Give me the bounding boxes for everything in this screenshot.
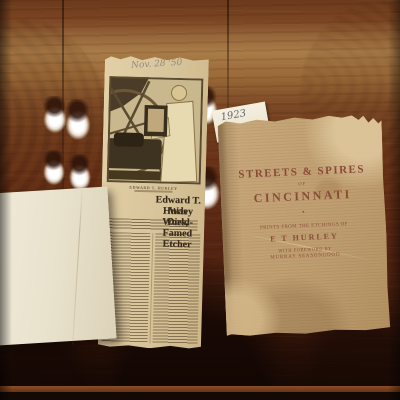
- book-title-block: STREETS & SPIRES OF CINCINNATI • PRINTS …: [233, 163, 375, 262]
- clipping-lead-paragraph: [107, 218, 197, 231]
- clipping-caption-credit-line: [135, 190, 172, 193]
- blank-envelope: [0, 186, 117, 345]
- book-title-line-3: CINCINNATI: [234, 186, 372, 207]
- book-title-separator: •: [234, 205, 372, 219]
- photo-scene: 1923 Nov. 28 '50 EDWARD T.: [0, 0, 400, 400]
- book-author: E T HURLEY: [236, 230, 374, 245]
- book-cover: STREETS & SPIRES OF CINCINNATI • PRINTS …: [217, 113, 390, 338]
- clipping-text-column: [152, 233, 200, 344]
- table-front-edge: [0, 392, 400, 400]
- clipping-photo-etcher-at-press: [107, 76, 204, 184]
- clipping-headline: Edward T. Hurley Dies, Was World-Famed E…: [103, 193, 203, 207]
- slip-handwriting: 1923: [220, 108, 247, 123]
- envelope-fold-crease: [72, 184, 83, 345]
- clipping-body-columns: [101, 232, 200, 344]
